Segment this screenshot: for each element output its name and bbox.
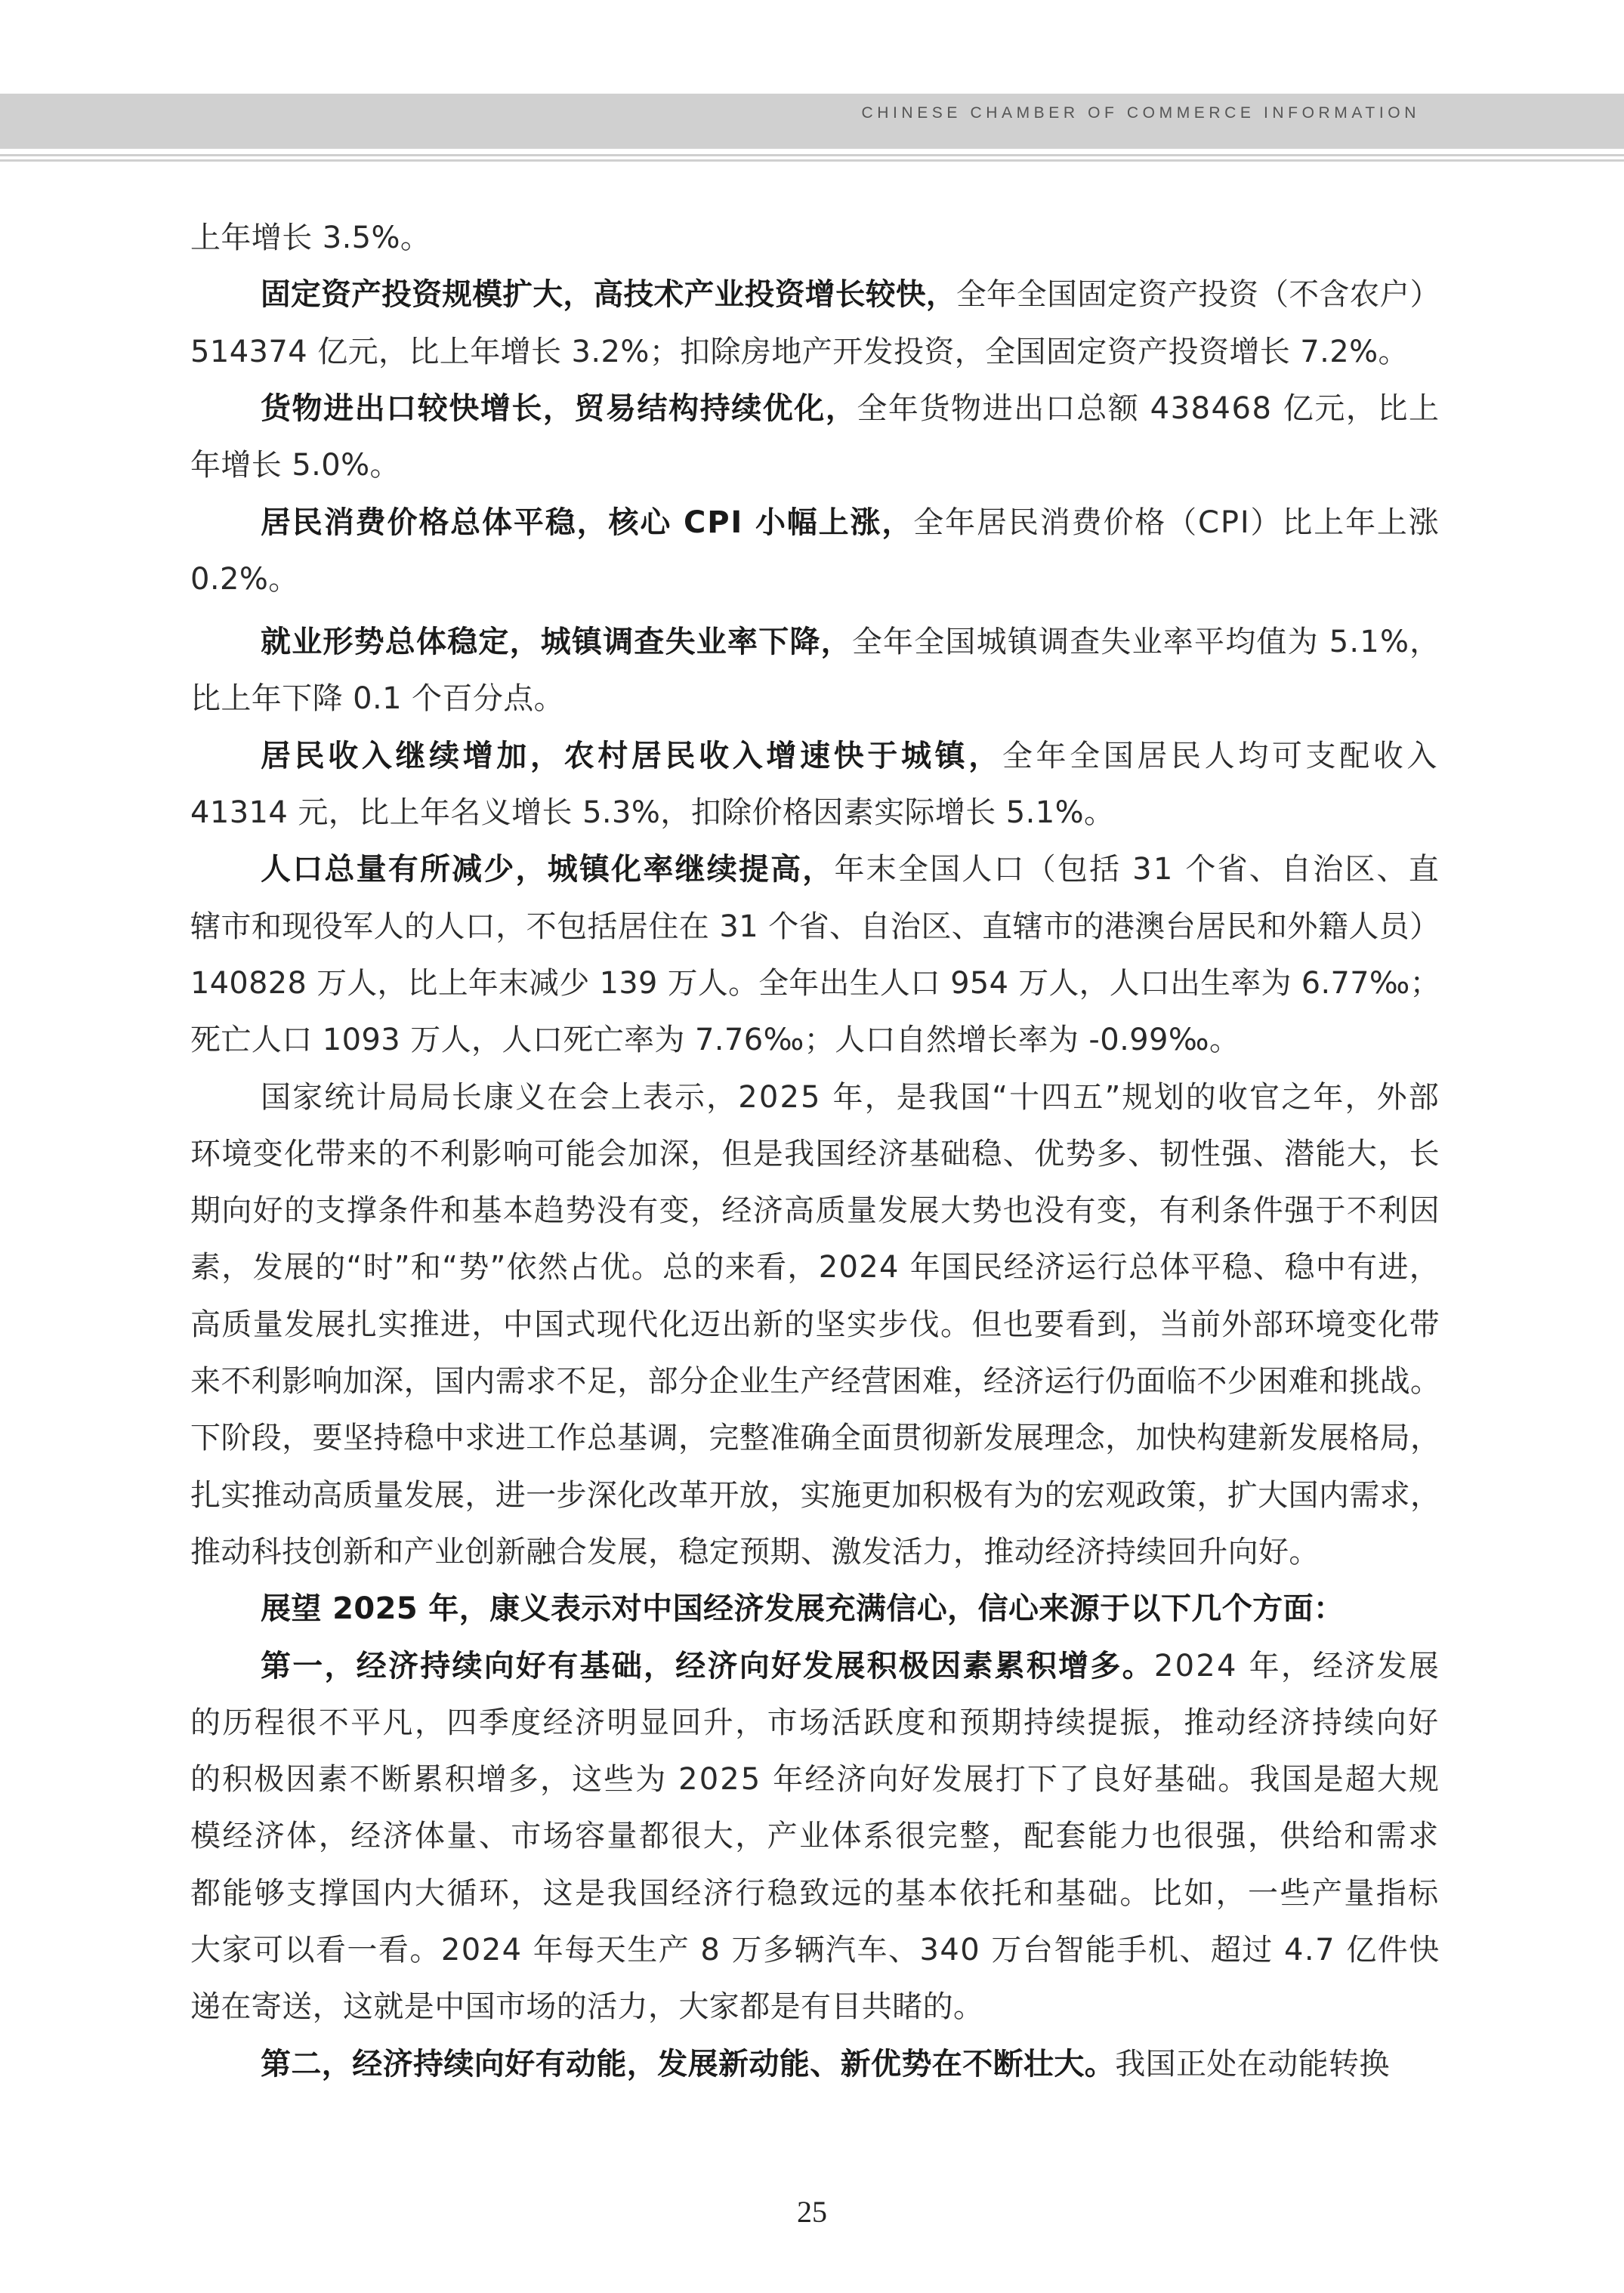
line-text: 41314 元，比上年名义增长 5.3%，扣除价格因素实际增长 5.1%。: [190, 795, 1114, 830]
line-text: 全年全国城镇调查失业率平均值为 5.1%，: [852, 625, 1441, 659]
text-line: 0.2%。: [190, 551, 299, 608]
line-text: 全年全国居民人均可支配收入: [1002, 739, 1440, 773]
text-line: 人口总量有所减少，城镇化率继续提高，年末全国人口（包括 31 个省、自治区、直: [261, 841, 1440, 898]
text-line: 来不利影响加深，国内需求不足，部分企业生产经营困难，经济运行仍面临不少困难和挑战…: [190, 1353, 1440, 1410]
line-text: 期向好的支撑条件和基本趋势没有变，经济高质量发展大势也没有变，有利条件强于不利因: [190, 1193, 1440, 1228]
text-line: 扎实推动高质量发展，进一步深化改革开放，实施更加积极有为的宏观政策，扩大国内需求…: [190, 1467, 1440, 1524]
line-text: 大家可以看一看。2024 年每天生产 8 万多辆汽车、340 万台智能手机、超过…: [190, 1933, 1440, 1967]
text-line: 140828 万人，比上年末减少 139 万人。全年出生人口 954 万人，人口…: [190, 955, 1440, 1012]
bold-lead: 货物进出口较快增长，贸易结构持续优化，: [261, 391, 857, 426]
bold-lead: 居民收入继续增加，农村居民收入增速快于城镇，: [261, 739, 1002, 773]
line-text: 下阶段，要坚持稳中求进工作总基调，完整准确全面贯彻新发展理念，加快构建新发展格局…: [190, 1421, 1440, 1455]
text-line: 的积极因素不断累积增多，这些为 2025 年经济向好发展打下了良好基础。我国是超…: [190, 1751, 1440, 1808]
publication-title: CHINESE CHAMBER OF COMMERCE INFORMATION: [861, 104, 1420, 122]
text-line: 高质量发展扎实推进，中国式现代化迈出新的坚实步伐。但也要看到，当前外部环境变化带: [190, 1297, 1440, 1353]
line-text: 都能够支撑国内大循环，这是我国经济行稳致远的基本依托和基础。比如，一些产量指标: [190, 1876, 1440, 1911]
line-text: 国家统计局局长康义在会上表示，2025 年，是我国“十四五”规划的收官之年，外部: [261, 1080, 1440, 1115]
text-line: 递在寄送，这就是中国市场的活力，大家都是有目共睹的。: [190, 1979, 983, 2035]
line-text: 素，发展的“时”和“势”依然占优。总的来看，2024 年国民经济运行总体平稳、稳…: [190, 1250, 1440, 1285]
text-line: 大家可以看一看。2024 年每天生产 8 万多辆汽车、340 万台智能手机、超过…: [190, 1922, 1440, 1979]
line-text: 2024 年，经济发展: [1154, 1649, 1440, 1683]
page-number: 25: [0, 2194, 1624, 2230]
line-text: 推动科技创新和产业创新融合发展，稳定预期、激发活力，推动经济持续回升向好。: [190, 1535, 1320, 1569]
text-line: 展望 2025 年，康义表示对中国经济发展充满信心，信心来源于以下几个方面：: [261, 1581, 1344, 1637]
text-line: 41314 元，比上年名义增长 5.3%，扣除价格因素实际增长 5.1%。: [190, 785, 1114, 841]
line-text: 上年增长 3.5%。: [190, 221, 431, 255]
text-line: 就业形势总体稳定，城镇调查失业率下降，全年全国城镇调查失业率平均值为 5.1%，: [261, 614, 1440, 671]
text-line: 环境变化带来的不利影响可能会加深，但是我国经济基础稳、优势多、韧性强、潜能大，长: [190, 1126, 1440, 1183]
text-line: 都能够支撑国内大循环，这是我国经济行稳致远的基本依托和基础。比如，一些产量指标: [190, 1866, 1440, 1922]
line-text: 死亡人口 1093 万人，人口死亡率为 7.76‰；人口自然增长率为 -0.99…: [190, 1023, 1240, 1057]
bold-lead: 居民消费价格总体平稳，核心 CPI 小幅上涨，: [261, 505, 913, 540]
bold-lead: 第二，经济持续向好有动能，发展新动能、新优势在不断壮大。: [261, 2047, 1115, 2082]
line-text: 的积极因素不断累积增多，这些为 2025 年经济向好发展打下了良好基础。我国是超…: [190, 1762, 1440, 1797]
text-line: 国家统计局局长康义在会上表示，2025 年，是我国“十四五”规划的收官之年，外部: [261, 1069, 1440, 1126]
line-text: 比上年下降 0.1 个百分点。: [190, 681, 564, 716]
text-line: 期向好的支撑条件和基本趋势没有变，经济高质量发展大势也没有变，有利条件强于不利因: [190, 1183, 1440, 1239]
text-line: 死亡人口 1093 万人，人口死亡率为 7.76‰；人口自然增长率为 -0.99…: [190, 1012, 1240, 1069]
line-text: 全年居民消费价格（CPI）比上年上涨: [913, 505, 1440, 540]
line-text: 高质量发展扎实推进，中国式现代化迈出新的坚实步伐。但也要看到，当前外部环境变化带: [190, 1307, 1440, 1342]
text-line: 年增长 5.0%。: [190, 437, 400, 494]
text-line: 的历程很不平凡，四季度经济明显回升，市场活跃度和预期持续提振，推动经济持续向好: [190, 1695, 1440, 1751]
bold-lead: 就业形势总体稳定，城镇调查失业率下降，: [261, 625, 852, 659]
line-text: 514374 亿元，比上年增长 3.2%；扣除房地产开发投资，全国固定资产投资增…: [190, 335, 1409, 369]
text-line: 居民消费价格总体平稳，核心 CPI 小幅上涨，全年居民消费价格（CPI）比上年上…: [261, 495, 1440, 551]
line-text: 全年全国固定资产投资（不含农户）: [956, 277, 1440, 312]
text-line: 辖市和现役军人的人口，不包括居住在 31 个省、自治区、直辖市的港澳台居民和外籍…: [190, 899, 1440, 955]
text-line: 第二，经济持续向好有动能，发展新动能、新优势在不断壮大。我国正处在动能转换: [261, 2036, 1390, 2093]
text-line: 比上年下降 0.1 个百分点。: [190, 671, 564, 727]
line-text: 的历程很不平凡，四季度经济明显回升，市场活跃度和预期持续提振，推动经济持续向好: [190, 1705, 1440, 1740]
text-line: 模经济体，经济体量、市场容量都很大，产业体系很完整，配套能力也很强，供给和需求: [190, 1808, 1440, 1865]
line-text: 年末全国人口（包括 31 个省、自治区、直: [835, 852, 1440, 887]
bold-lead: 第一，经济持续向好有基础，经济向好发展积极因素累积增多。: [261, 1649, 1154, 1683]
line-text: 环境变化带来的不利影响可能会加深，但是我国经济基础稳、优势多、韧性强、潜能大，长: [190, 1137, 1440, 1171]
text-line: 固定资产投资规模扩大，高技术产业投资增长较快，全年全国固定资产投资（不含农户）: [261, 267, 1440, 323]
header-divider-bottom: [0, 159, 1624, 162]
line-text: 辖市和现役军人的人口，不包括居住在 31 个省、自治区、直辖市的港澳台居民和外籍…: [190, 909, 1440, 944]
line-text: 扎实推动高质量发展，进一步深化改革开放，实施更加积极有为的宏观政策，扩大国内需求…: [190, 1478, 1440, 1513]
line-text: 递在寄送，这就是中国市场的活力，大家都是有目共睹的。: [190, 1989, 983, 2024]
text-line: 居民收入继续增加，农村居民收入增速快于城镇，全年全国居民人均可支配收入: [261, 728, 1440, 785]
line-text: 我国正处在动能转换: [1115, 2047, 1390, 2082]
bold-lead: 固定资产投资规模扩大，高技术产业投资增长较快，: [261, 277, 956, 312]
line-text: 140828 万人，比上年末减少 139 万人。全年出生人口 954 万人，人口…: [190, 966, 1440, 1001]
text-line: 下阶段，要坚持稳中求进工作总基调，完整准确全面贯彻新发展理念，加快构建新发展格局…: [190, 1410, 1440, 1467]
line-text: 模经济体，经济体量、市场容量都很大，产业体系很完整，配套能力也很强，供给和需求: [190, 1819, 1440, 1853]
header-divider-top: [0, 154, 1624, 156]
text-line: 第一，经济持续向好有基础，经济向好发展积极因素累积增多。2024 年，经济发展: [261, 1638, 1440, 1695]
line-text: 0.2%。: [190, 562, 299, 597]
text-line: 货物进出口较快增长，贸易结构持续优化，全年货物进出口总额 438468 亿元，比…: [261, 381, 1440, 437]
text-line: 上年增长 3.5%。: [190, 210, 431, 267]
line-text: 全年货物进出口总额 438468 亿元，比上: [857, 391, 1440, 426]
bold-lead: 人口总量有所减少，城镇化率继续提高，: [261, 852, 835, 887]
line-text: 年增长 5.0%。: [190, 448, 400, 483]
bold-lead: 展望 2025 年，康义表示对中国经济发展充满信心，信心来源于以下几个方面：: [261, 1591, 1344, 1626]
text-line: 514374 亿元，比上年增长 3.2%；扣除房地产开发投资，全国固定资产投资增…: [190, 324, 1409, 381]
text-line: 推动科技创新和产业创新融合发展，稳定预期、激发活力，推动经济持续回升向好。: [190, 1524, 1320, 1581]
text-line: 素，发展的“时”和“势”依然占优。总的来看，2024 年国民经济运行总体平稳、稳…: [190, 1239, 1440, 1296]
line-text: 来不利影响加深，国内需求不足，部分企业生产经营困难，经济运行仍面临不少困难和挑战…: [190, 1364, 1440, 1399]
